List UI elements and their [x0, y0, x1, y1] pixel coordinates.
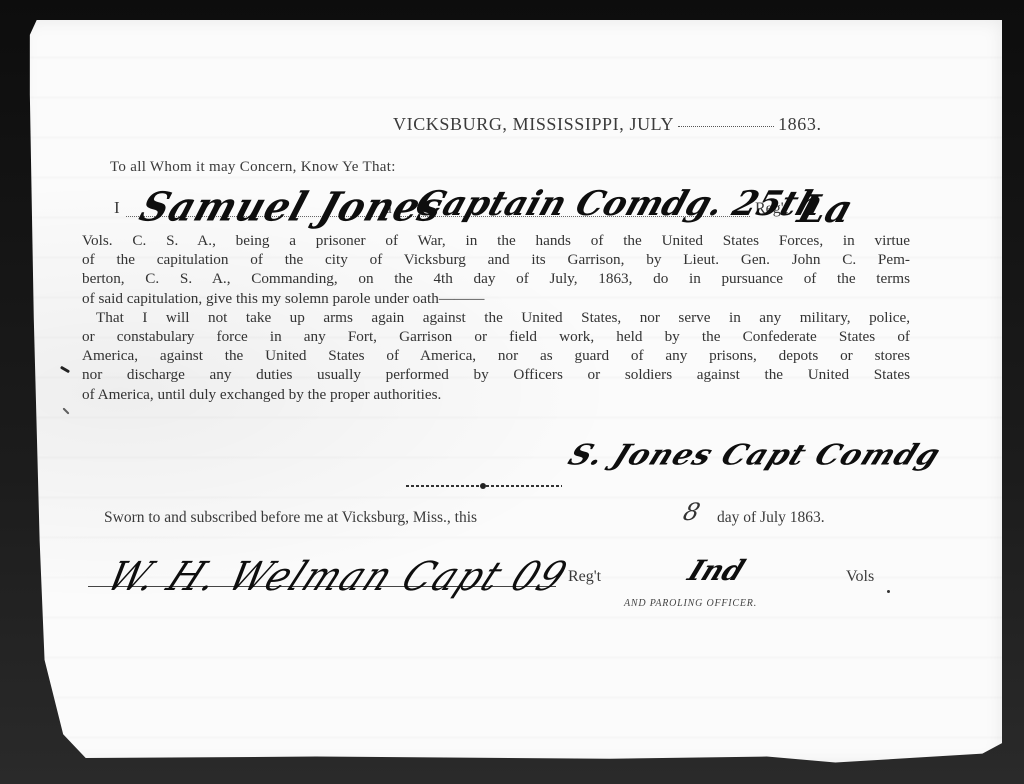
- ink-mark: [60, 366, 70, 374]
- body-line: America, against the United States of Am…: [82, 346, 910, 365]
- vols-label: Vols: [846, 568, 874, 586]
- parole-document: VICKSBURG, MISSISSIPPI, JULY1863. To all…: [22, 20, 1002, 764]
- handwritten-rank: Captain Comdg. 25th: [411, 184, 829, 224]
- header-date-blank: [678, 126, 774, 127]
- body-line: or constabulary force in any Fort, Garri…: [82, 327, 910, 346]
- body-line: of the capitulation of the city of Vicks…: [82, 250, 910, 269]
- body-line: Vols. C. S. A., being a prisoner of War,…: [82, 231, 910, 250]
- handwritten-prisoner-name: Samuel Jones: [134, 183, 450, 230]
- ink-mark: [62, 407, 69, 414]
- officer-signature: W. H. Welman Capt 09: [99, 554, 575, 600]
- handwritten-day: 8: [680, 498, 703, 526]
- parole-body: Vols. C. S. A., being a prisoner of War,…: [82, 231, 910, 404]
- document-header: VICKSBURG, MISSISSIPPI, JULY1863.: [393, 114, 822, 135]
- ornamental-divider: [406, 485, 562, 487]
- header-place: VICKSBURG, MISSISSIPPI, JULY: [393, 114, 674, 134]
- body-line: of said capitulation, give this my solem…: [82, 289, 910, 308]
- ink-dot: [887, 590, 890, 593]
- body-line: nor discharge any duties usually perform…: [82, 365, 910, 384]
- name-line-prefix: I: [114, 198, 120, 218]
- sworn-date-suffix: day of July 1863.: [717, 509, 825, 527]
- sworn-statement: Sworn to and subscribed before me at Vic…: [104, 509, 477, 527]
- prisoner-signature: S. Jones Capt Comdg: [563, 439, 946, 472]
- body-line: of America, until duly exchanged by the …: [82, 385, 910, 404]
- body-line: berton, C. S. A., Commanding, on the 4th…: [82, 269, 910, 288]
- officer-regiment-label: Reg't: [568, 568, 601, 586]
- paroling-officer-title: AND PAROLING OFFICER.: [624, 598, 757, 609]
- header-year: 1863.: [778, 114, 822, 134]
- handwritten-officer-regiment: Ind: [683, 554, 749, 587]
- body-line: That I will not take up arms again again…: [82, 308, 910, 327]
- salutation: To all Whom it may Concern, Know Ye That…: [110, 159, 396, 176]
- scan-frame: VICKSBURG, MISSISSIPPI, JULY1863. To all…: [0, 0, 1024, 784]
